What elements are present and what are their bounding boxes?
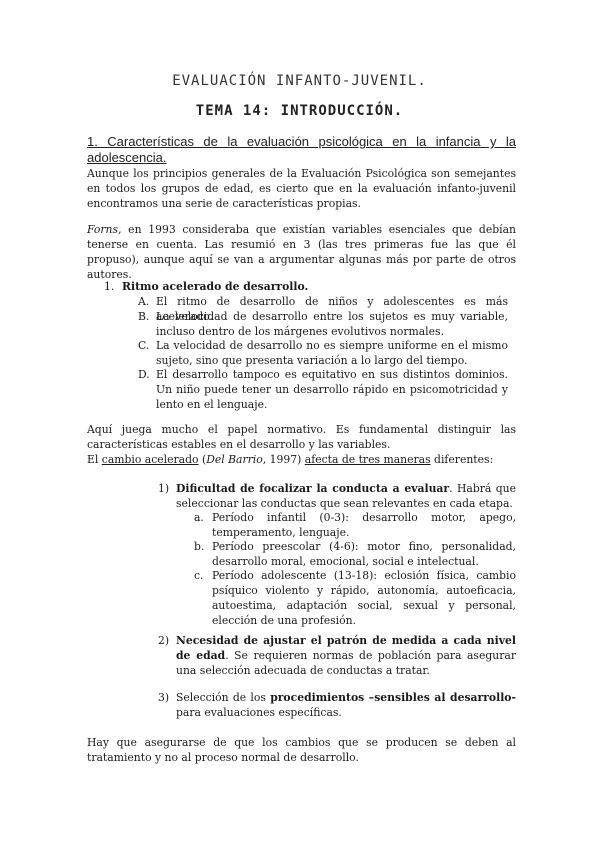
text-fragment: El: [87, 453, 102, 466]
underlined-term: afecta de tres maneras: [305, 453, 431, 466]
list-item-bold: procedimientos –sensibles al desarrollo-: [270, 691, 516, 704]
list-marker: b.: [194, 539, 204, 554]
underlined-term: cambio acelerado: [102, 453, 199, 466]
list-item-text: La velocidad de desarrollo no es siempre…: [156, 339, 508, 367]
list1-heading: 1. Ritmo acelerado de desarrollo.: [122, 279, 516, 294]
list1-heading-text: Ritmo acelerado de desarrollo.: [122, 280, 308, 293]
list-marker: 1.: [104, 279, 114, 294]
list-item-text: . Se requieren normas de población para …: [176, 649, 516, 677]
text-fragment: diferentes:: [431, 453, 494, 466]
list-marker: 2): [158, 633, 169, 648]
change-paragraph: El cambio acelerado (Del Barrio, 1997) a…: [87, 452, 516, 467]
list-marker: C.: [138, 338, 149, 353]
list2-item-3: 3) Selección de los procedimientos –sens…: [176, 690, 516, 720]
topic-title: TEMA 14: INTRODUCCIÓN.: [0, 103, 599, 119]
list-marker: B.: [138, 309, 149, 324]
list-item-text: La velocidad de desarrollo entre los suj…: [156, 310, 508, 338]
list2-item-1: 1) Dificultad de focalizar la conducta a…: [176, 481, 516, 511]
document-page: EVALUACIÓN INFANTO-JUVENIL. TEMA 14: INT…: [0, 0, 599, 848]
author-del-barrio: Del Barrio: [206, 453, 263, 466]
list2-subitem-a: a. Período infantil (0-3): desarrollo mo…: [212, 510, 516, 540]
list2-subitem-c: c. Período adolescente (13-18): eclosión…: [212, 568, 516, 628]
intro-paragraph: Aunque los principios generales de la Ev…: [87, 166, 516, 211]
list2-subitem-b: b. Período preescolar (4-6): motor fino,…: [212, 539, 516, 569]
list-item-text: Período adolescente (13-18): eclosión fí…: [212, 569, 516, 627]
forns-text: , en 1993 consideraba que existían varia…: [87, 223, 516, 281]
list-marker: D.: [138, 367, 150, 382]
section-heading: 1. Características de la evaluación psic…: [87, 134, 516, 166]
list1-item-d: D. El desarrollo tampoco es equitativo e…: [156, 367, 508, 412]
list-item-text: Período infantil (0-3): desarrollo motor…: [212, 511, 516, 539]
text-fragment: , 1997): [263, 453, 305, 466]
list-item-text: para evaluaciones específicas.: [176, 706, 342, 719]
list2-item-2: 2) Necesidad de ajustar el patrón de med…: [176, 633, 516, 678]
list1-item-c: C. La velocidad de desarrollo no es siem…: [156, 338, 508, 368]
list1-item-b: B. La velocidad de desarrollo entre los …: [156, 309, 508, 339]
list-marker: c.: [194, 568, 203, 583]
list-marker: a.: [194, 510, 204, 525]
forns-paragraph: Forns, en 1993 consideraba que existían …: [87, 222, 516, 282]
list-item-text: Período preescolar (4-6): motor fino, pe…: [212, 540, 516, 568]
list-item-bold: Dificultad de focalizar la conducta a ev…: [176, 482, 449, 495]
closing-paragraph: Hay que asegurarse de que los cambios qu…: [87, 735, 516, 765]
list-marker: 3): [158, 690, 169, 705]
author-forns: Forns: [87, 223, 118, 236]
normative-paragraph: Aquí juega mucho el papel normativo. Es …: [87, 422, 516, 452]
list-item-text: El desarrollo tampoco es equitativo en s…: [156, 368, 508, 411]
list-marker: 1): [158, 481, 169, 496]
subject-title: EVALUACIÓN INFANTO-JUVENIL.: [0, 73, 599, 89]
list-item-text: Selección de los: [176, 691, 270, 704]
list-marker: A.: [138, 294, 149, 309]
